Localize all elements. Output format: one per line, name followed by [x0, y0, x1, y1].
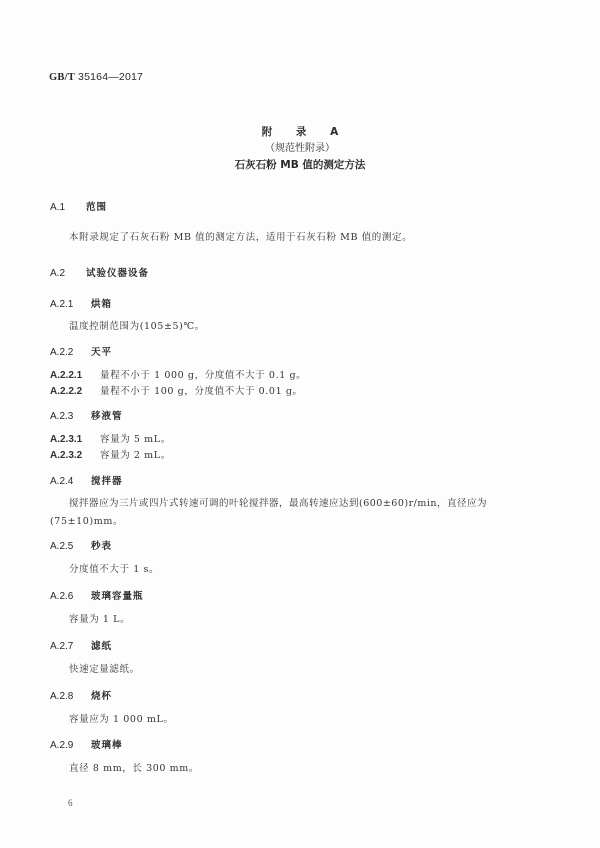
section-a24-body: 搅拌器应为三片或四片式转速可调的叶轮搅拌器，最高转速应达到(600±60)r/m… — [50, 495, 550, 531]
paragraph: 直径 8 mm，长 300 mm。 — [50, 760, 550, 778]
section-a24-heading: A.2.4搅拌器 — [50, 473, 550, 487]
item-text: 容量为 5 mL。 — [100, 434, 171, 445]
list-item: A.2.2.2量程不小于 100 g，分度值不大于 0.01 g。 — [50, 383, 550, 397]
section-number: A.2.6 — [50, 591, 91, 602]
section-title: 烧杯 — [91, 691, 112, 702]
section-number: A.2.3 — [50, 411, 91, 422]
section-title: 滤纸 — [91, 641, 112, 652]
item-number: A.2.2.1 — [50, 370, 100, 381]
section-a25-body: 分度值不大于 1 s。 — [50, 561, 550, 579]
item-number: A.2.3.1 — [50, 434, 100, 445]
section-title: 试验仪器设备 — [86, 268, 149, 279]
section-a1-heading: A.1范围 — [50, 199, 550, 213]
section-number: A.2.9 — [50, 740, 91, 751]
section-a1-body: 本附录规定了石灰石粉 MB 值的测定方法，适用于石灰石粉 MB 值的测定。 — [50, 229, 550, 247]
section-a25-heading: A.2.5秒表 — [50, 538, 550, 552]
item-text: 容量为 2 mL。 — [100, 450, 171, 461]
section-number: A.2.2 — [50, 347, 91, 358]
annex-name: 石灰石粉 MB 值的测定方法 — [0, 157, 600, 174]
annex-type: （规范性附录） — [0, 141, 600, 158]
section-a27-heading: A.2.7滤纸 — [50, 638, 550, 652]
section-number: A.2.8 — [50, 691, 91, 702]
section-title: 玻璃容量瓶 — [91, 591, 144, 602]
section-number: A.2.1 — [50, 299, 91, 310]
section-number: A.1 — [50, 202, 86, 213]
item-number: A.2.2.2 — [50, 386, 100, 397]
document-page: GB/T 35164—2017 附 录 A （规范性附录） 石灰石粉 MB 值的… — [0, 0, 600, 848]
paragraph: 分度值不大于 1 s。 — [50, 561, 550, 579]
paragraph: 本附录规定了石灰石粉 MB 值的测定方法，适用于石灰石粉 MB 值的测定。 — [50, 229, 550, 247]
paragraph: 容量应为 1 000 mL。 — [50, 711, 550, 729]
list-item: A.2.3.2容量为 2 mL。 — [50, 447, 550, 461]
section-a28-body: 容量应为 1 000 mL。 — [50, 711, 550, 729]
page-number: 6 — [68, 798, 73, 808]
section-a26-body: 容量为 1 L。 — [50, 611, 550, 629]
paragraph: 容量为 1 L。 — [50, 611, 550, 629]
section-number: A.2.4 — [50, 476, 91, 487]
section-a22-heading: A.2.2天平 — [50, 344, 550, 358]
section-a21-body: 温度控制范围为(105±5)℃。 — [50, 318, 550, 336]
standard-prefix: GB/T — [49, 72, 75, 83]
section-a23-heading: A.2.3移液管 — [50, 408, 550, 422]
section-a2-heading: A.2试验仪器设备 — [50, 265, 550, 279]
section-title: 秒表 — [91, 541, 112, 552]
section-title: 天平 — [91, 347, 112, 358]
section-a26-heading: A.2.6玻璃容量瓶 — [50, 588, 550, 602]
annex-label: 附 录 A — [0, 124, 600, 141]
section-a29-body: 直径 8 mm，长 300 mm。 — [50, 760, 550, 778]
item-number: A.2.3.2 — [50, 450, 100, 461]
section-number: A.2.5 — [50, 541, 91, 552]
section-number: A.2 — [50, 268, 86, 279]
paragraph: 温度控制范围为(105±5)℃。 — [50, 318, 550, 336]
paragraph-line: (75±10)mm。 — [50, 513, 550, 531]
section-title: 玻璃棒 — [91, 740, 123, 751]
section-a27-body: 快速定量滤纸。 — [50, 661, 550, 679]
paragraph: 快速定量滤纸。 — [50, 661, 550, 679]
section-title: 烘箱 — [91, 299, 112, 310]
section-a21-heading: A.2.1烘箱 — [50, 296, 550, 310]
section-title: 搅拌器 — [91, 476, 123, 487]
paragraph-line: 搅拌器应为三片或四片式转速可调的叶轮搅拌器，最高转速应达到(600±60)r/m… — [50, 495, 550, 513]
section-a29-heading: A.2.9玻璃棒 — [50, 737, 550, 751]
annex-title-block: 附 录 A （规范性附录） 石灰石粉 MB 值的测定方法 — [0, 124, 600, 174]
section-title: 范围 — [86, 202, 107, 213]
item-text: 量程不小于 100 g，分度值不大于 0.01 g。 — [100, 386, 303, 397]
section-title: 移液管 — [91, 411, 123, 422]
section-a28-heading: A.2.8烧杯 — [50, 688, 550, 702]
list-item: A.2.3.1容量为 5 mL。 — [50, 431, 550, 445]
standard-header: GB/T 35164—2017 — [49, 71, 143, 83]
section-number: A.2.7 — [50, 641, 91, 652]
list-item: A.2.2.1量程不小于 1 000 g，分度值不大于 0.1 g。 — [50, 367, 550, 381]
standard-number: 35164—2017 — [78, 71, 143, 83]
item-text: 量程不小于 1 000 g，分度值不大于 0.1 g。 — [100, 370, 306, 381]
